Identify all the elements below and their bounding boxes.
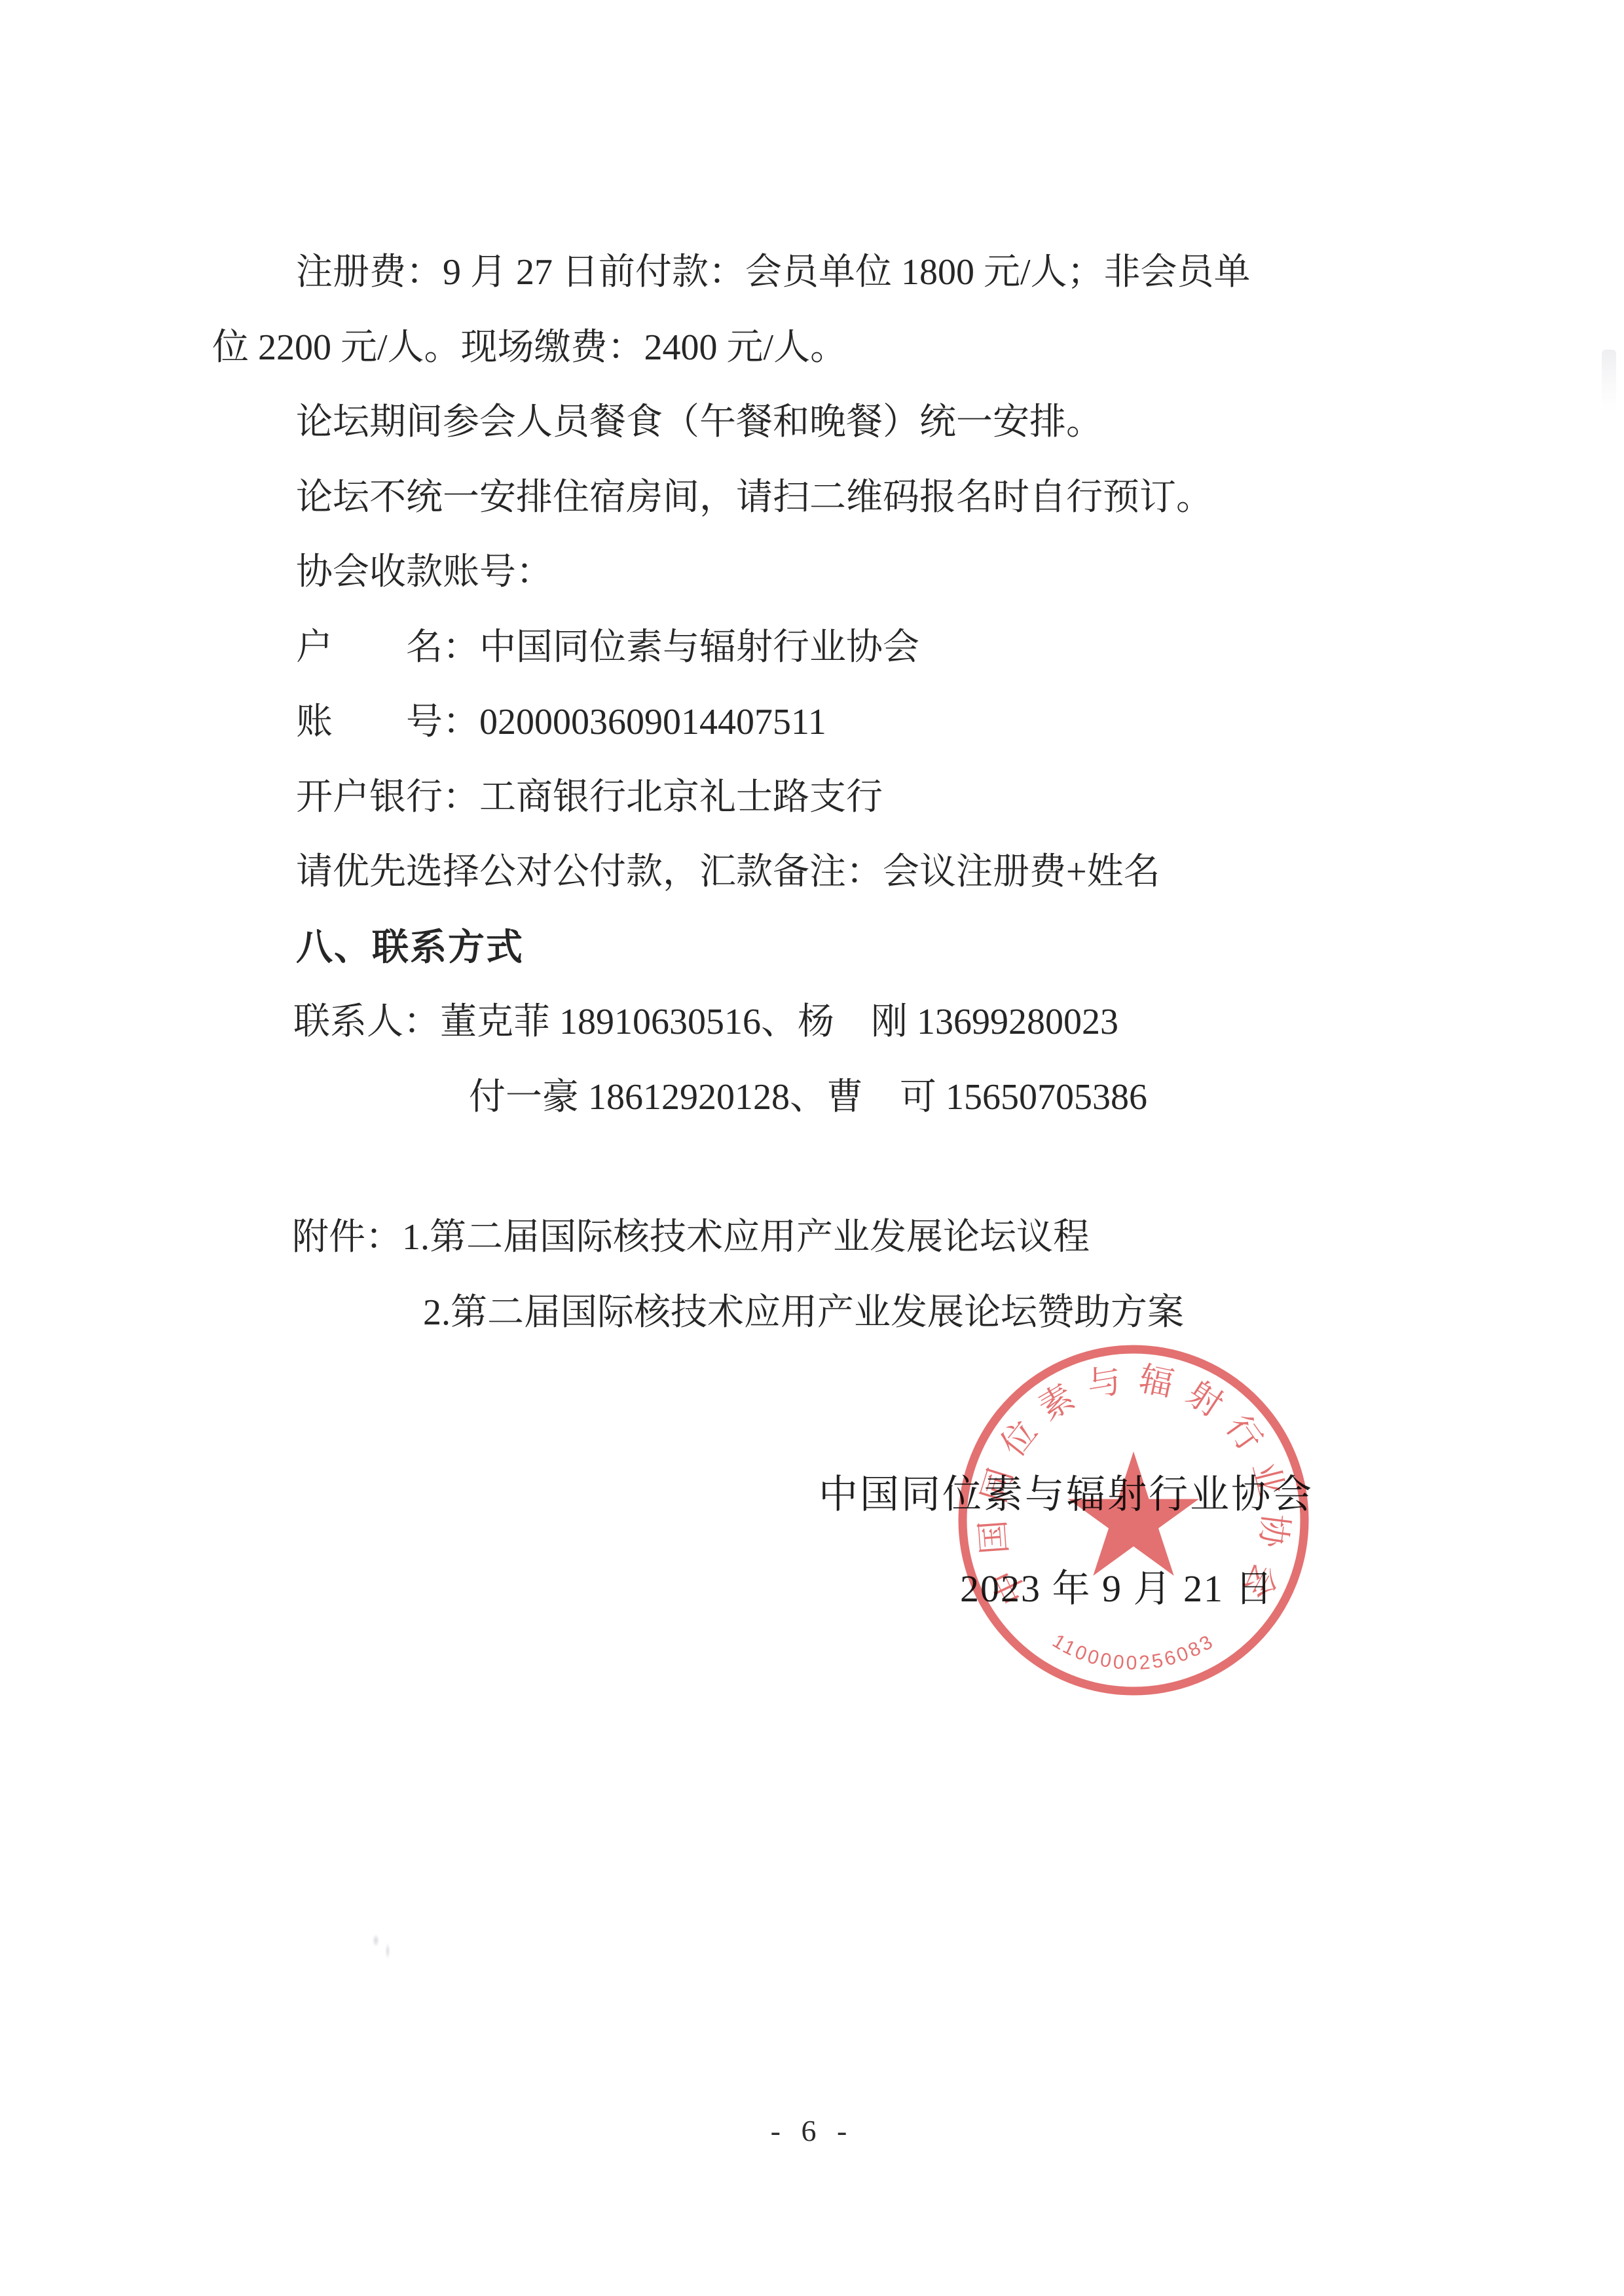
- body-line-bank: 开户银行：工商银行北京礼士路支行: [296, 779, 883, 816]
- document-page: 注册费：9 月 27 日前付款：会员单位 1800 元/人；非会员单 位 220…: [0, 0, 1624, 2296]
- seal-star-icon: [1068, 1451, 1199, 1576]
- body-line-account-number: 账 号：0200003609014407511: [296, 704, 826, 740]
- body-line-account-title: 协会收款账号：: [296, 554, 553, 591]
- body-line-accommodation: 论坛不统一安排住宿房间，请扫二维码报名时自行预订。: [296, 479, 1213, 516]
- body-line-account-name: 户 名：中国同位素与辐射行业协会: [296, 629, 919, 666]
- scan-artifact-speck: [368, 1926, 398, 1972]
- body-line-contacts-2: 付一豪 18612920128、曹 可 15650705386: [469, 1079, 1147, 1116]
- body-line-meals: 论坛期间参会人员餐食（午餐和晚餐）统一安排。: [296, 404, 1103, 441]
- page-number: - 6 -: [0, 2113, 1624, 2148]
- body-line-payment-note: 请优先选择公对公付款，汇款备注：会议注册费+姓名: [296, 854, 1160, 890]
- seal-number: 1100000256083: [1048, 1630, 1219, 1674]
- scan-artifact-edge: [1602, 350, 1616, 412]
- seal-number-holder: 1100000256083: [1048, 1630, 1219, 1674]
- body-line-contacts-1: 联系人：董克菲 18910630516、杨 刚 13699280023: [293, 1004, 1118, 1040]
- section-heading-contact: 八、联系方式: [296, 929, 524, 966]
- body-line-attachment-1: 附件：1.第二届国际核技术应用产业发展论坛议程: [292, 1219, 1090, 1256]
- body-line-registration-fee: 注册费：9 月 27 日前付款：会员单位 1800 元/人；非会员单: [296, 254, 1251, 291]
- body-line-attachment-2: 2.第二届国际核技术应用产业发展论坛赞助方案: [423, 1294, 1184, 1331]
- official-seal: 中国同位素与辐射行业协会 1100000256083: [958, 1345, 1309, 1696]
- official-seal-svg: 中国同位素与辐射行业协会 1100000256083: [958, 1345, 1309, 1696]
- body-line-fee-continued: 位 2200 元/人。现场缴费：2400 元/人。: [212, 329, 847, 366]
